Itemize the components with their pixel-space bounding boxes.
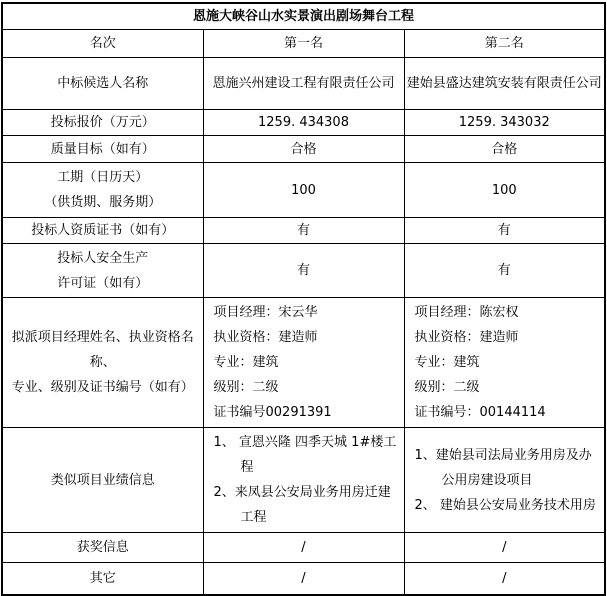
- first-place-value: 合格: [203, 136, 404, 163]
- document-sheet: 恩施大峡谷山水实景演出剧场舞台工程 名次 第一名 第二名 中标候选人名称恩施兴州…: [0, 0, 607, 587]
- value-line: /: [405, 535, 605, 560]
- first-place-value: 恩施兴州建设工程有限责任公司: [203, 58, 404, 110]
- second-place-value: 合格: [404, 136, 605, 163]
- table-row: 类似项目业绩信息1、 宣恩兴隆 四季天城 1#楼工程2、来凤县公安局业务用房迁建…: [2, 428, 605, 533]
- row-label: 拟派项目经理姓名、执业资格名称、专业、级别及证书编号（如有）: [2, 298, 203, 428]
- value-line: 项目经理：陈宏权: [415, 300, 601, 325]
- value-line: 100: [405, 178, 605, 203]
- row-label-line: 拟派项目经理姓名、执业资格名称、: [3, 325, 203, 375]
- row-label: 投标人资质证书（如有）: [2, 218, 203, 244]
- value-line: 级别：二级: [214, 375, 400, 400]
- table-row: 获奖信息//: [2, 533, 605, 563]
- value-line: 执业资格：建造师: [214, 325, 400, 350]
- value-line: 1、 宣恩兴隆 四季天城 1#楼工程: [214, 430, 400, 480]
- row-label-line: 其它: [3, 566, 203, 591]
- second-place-value: 有: [404, 218, 605, 244]
- row-label: 中标候选人名称: [2, 58, 203, 110]
- header-first-place: 第一名: [203, 30, 404, 58]
- second-place-value: 100: [404, 163, 605, 218]
- row-label: 获奖信息: [2, 533, 203, 563]
- table-row: 中标候选人名称恩施兴州建设工程有限责任公司建始县盛达建筑安装有限责任公司: [2, 58, 605, 110]
- value-line: 1259. 343032: [405, 110, 605, 135]
- value-line: 证书编号：00144114: [415, 400, 601, 425]
- value-line: /: [204, 566, 404, 591]
- project-title: 恩施大峡谷山水实景演出剧场舞台工程: [2, 3, 605, 30]
- value-line: 100: [204, 178, 404, 203]
- table-row: 工期（日历天）（供货期、服务期）100100: [2, 163, 605, 218]
- first-place-value: /: [203, 563, 404, 595]
- row-label-line: 类似项目业绩信息: [3, 468, 203, 493]
- value-line: 合格: [405, 137, 605, 162]
- row-label-line: （供货期、服务期）: [3, 190, 203, 215]
- second-place-value: 1259. 343032: [404, 110, 605, 136]
- title-row: 恩施大峡谷山水实景演出剧场舞台工程: [2, 3, 605, 30]
- value-line: 1259. 434308: [204, 110, 404, 135]
- row-label: 工期（日历天）（供货期、服务期）: [2, 163, 203, 218]
- value-line: 有: [204, 258, 404, 283]
- row-label-line: 获奖信息: [3, 535, 203, 560]
- second-place-value: 建始县盛达建筑安装有限责任公司: [404, 58, 605, 110]
- row-label-line: 专业、级别及证书编号（如有）: [3, 375, 203, 400]
- table-row: 投标人资质证书（如有）有有: [2, 218, 605, 244]
- row-label-line: 投标报价（万元）: [3, 110, 203, 135]
- second-place-value: 项目经理：陈宏权执业资格：建造师专业：建筑级别：二级证书编号：00144114: [404, 298, 605, 428]
- value-line: 有: [405, 258, 605, 283]
- row-label-line: 工期（日历天）: [3, 165, 203, 190]
- first-place-value: 有: [203, 244, 404, 298]
- value-line: 执业资格：建造师: [415, 325, 601, 350]
- row-label-line: 投标人安全生产: [3, 246, 203, 271]
- second-place-value: 1、建始县司法局业务用房及办公用房建设项目2、 建始县公安局业务技术用房: [404, 428, 605, 533]
- second-place-value: /: [404, 533, 605, 563]
- table-row: 投标人安全生产许可证（如有）有有: [2, 244, 605, 298]
- value-line: 项目经理：宋云华: [214, 300, 400, 325]
- value-line: 有: [405, 218, 605, 243]
- row-label: 投标报价（万元）: [2, 110, 203, 136]
- value-line: 合格: [204, 137, 404, 162]
- value-line: /: [204, 535, 404, 560]
- table-row: 质量目标（如有）合格合格: [2, 136, 605, 163]
- second-place-value: /: [404, 563, 605, 595]
- first-place-value: 1、 宣恩兴隆 四季天城 1#楼工程2、来凤县公安局业务用房迁建工程: [203, 428, 404, 533]
- value-line: 1、建始县司法局业务用房及办公用房建设项目: [415, 443, 601, 493]
- row-label: 投标人安全生产许可证（如有）: [2, 244, 203, 298]
- first-place-value: /: [203, 533, 404, 563]
- header-row: 名次 第一名 第二名: [2, 30, 605, 58]
- row-label-line: 质量目标（如有）: [3, 137, 203, 162]
- table-row: 投标报价（万元）1259. 4343081259. 343032: [2, 110, 605, 136]
- row-label-line: 投标人资质证书（如有）: [3, 218, 203, 243]
- first-place-value: 1259. 434308: [203, 110, 404, 136]
- row-label: 其它: [2, 563, 203, 595]
- value-line: /: [405, 566, 605, 591]
- header-rank: 名次: [2, 30, 203, 58]
- bid-result-table: 恩施大峡谷山水实景演出剧场舞台工程 名次 第一名 第二名 中标候选人名称恩施兴州…: [1, 2, 606, 596]
- row-label: 质量目标（如有）: [2, 136, 203, 163]
- value-line: 证书编号00291391: [214, 400, 400, 425]
- value-line: 专业：建筑: [214, 350, 400, 375]
- header-second-place: 第二名: [404, 30, 605, 58]
- value-line: 建始县盛达建筑安装有限责任公司: [405, 71, 605, 96]
- value-line: 2、 建始县公安局业务技术用房: [415, 493, 601, 518]
- second-place-value: 有: [404, 244, 605, 298]
- value-line: 2、来凤县公安局业务用房迁建工程: [214, 480, 400, 530]
- first-place-value: 项目经理：宋云华执业资格：建造师专业：建筑级别：二级证书编号00291391: [203, 298, 404, 428]
- table-row: 其它//: [2, 563, 605, 595]
- value-line: 有: [204, 218, 404, 243]
- first-place-value: 有: [203, 218, 404, 244]
- table-row: 拟派项目经理姓名、执业资格名称、专业、级别及证书编号（如有）项目经理：宋云华执业…: [2, 298, 605, 428]
- first-place-value: 100: [203, 163, 404, 218]
- value-line: 级别：二级: [415, 375, 601, 400]
- row-label-line: 中标候选人名称: [3, 71, 203, 96]
- row-label-line: 许可证（如有）: [3, 271, 203, 296]
- row-label: 类似项目业绩信息: [2, 428, 203, 533]
- value-line: 恩施兴州建设工程有限责任公司: [204, 71, 404, 96]
- table-body: 恩施大峡谷山水实景演出剧场舞台工程 名次 第一名 第二名 中标候选人名称恩施兴州…: [2, 3, 605, 595]
- value-line: 专业：建筑: [415, 350, 601, 375]
